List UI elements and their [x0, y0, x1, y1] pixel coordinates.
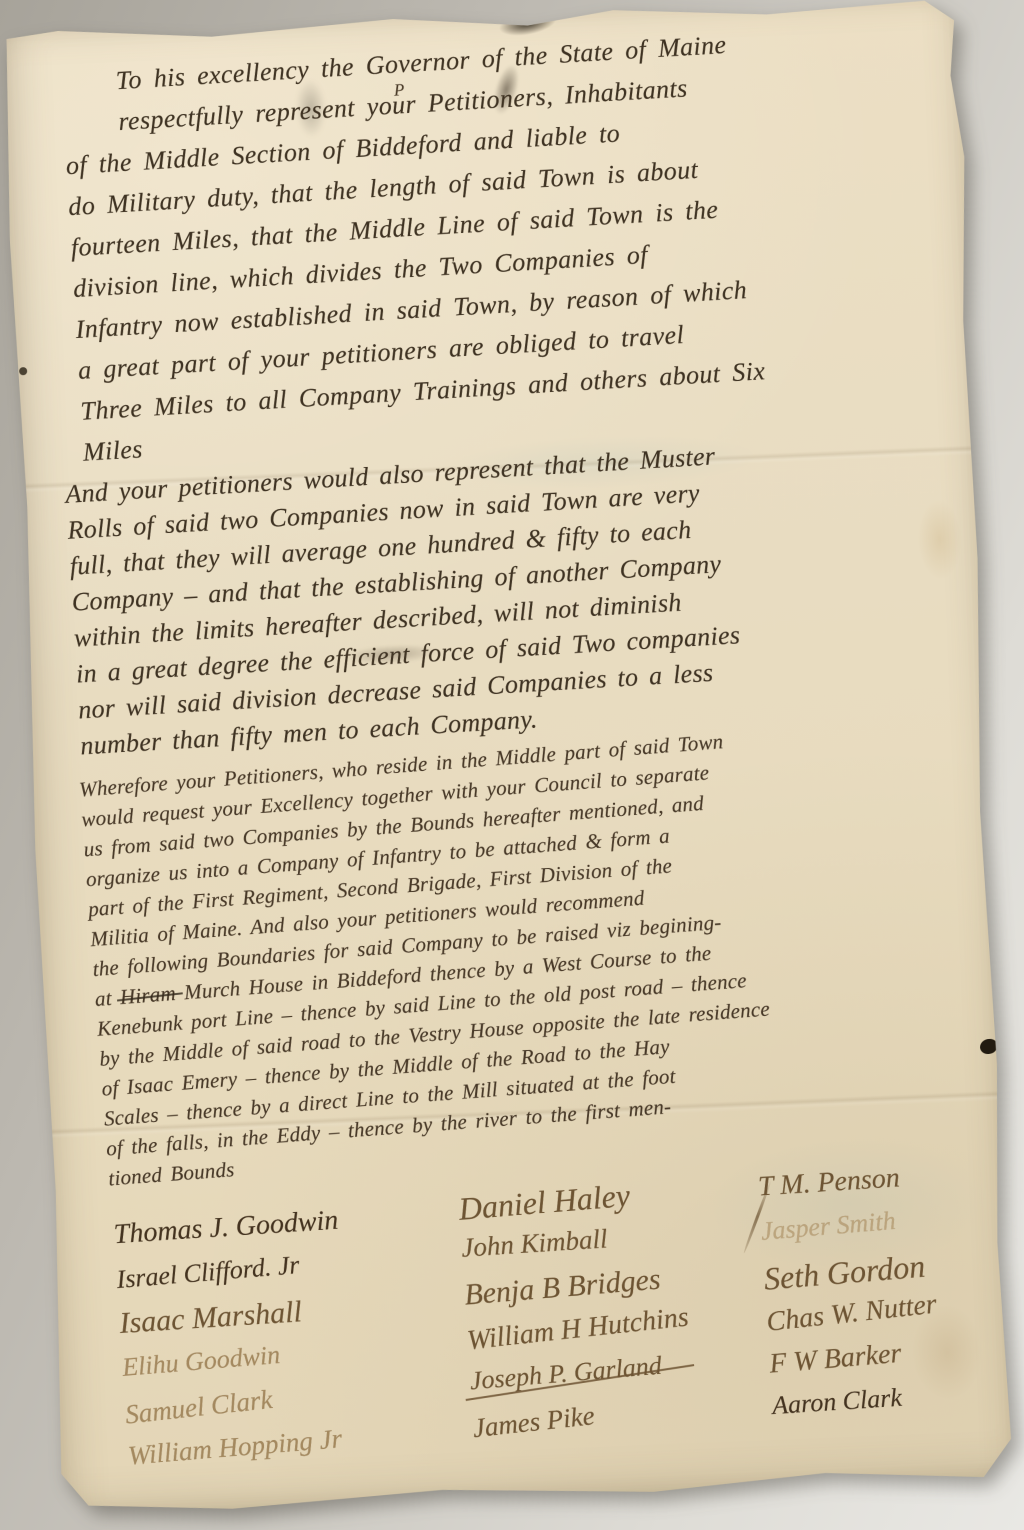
paper-sheet: To his excellency the Governor of the St… [1, 0, 1018, 1519]
signature-column-middle: Daniel Haley John Kimball Benja B Bridge… [458, 1175, 697, 1453]
paragraph-request-bounds: Wherefore your Petitioners, who reside i… [78, 709, 989, 1194]
ink-blot [19, 367, 27, 375]
petition-body: To his excellency the Governor of the St… [60, 13, 984, 1193]
paragraph-muster-rolls: And your petitioners would also represen… [64, 425, 958, 765]
paper-shadow: To his excellency the Governor of the St… [1, 0, 1018, 1519]
paragraph-salutation: To his excellency the Governor of the St… [60, 13, 941, 473]
signatures-section: Thomas J. Goodwin Israel Clifford. Jr Is… [69, 1139, 1003, 1507]
scanned-document-view: To his excellency the Governor of the St… [0, 0, 1024, 1530]
signature-column-left: Thomas J. Goodwin Israel Clifford. Jr Is… [113, 1205, 354, 1483]
signature-column-right: T M. Penson Jasper Smith Seth Gordon Cha… [757, 1161, 945, 1435]
